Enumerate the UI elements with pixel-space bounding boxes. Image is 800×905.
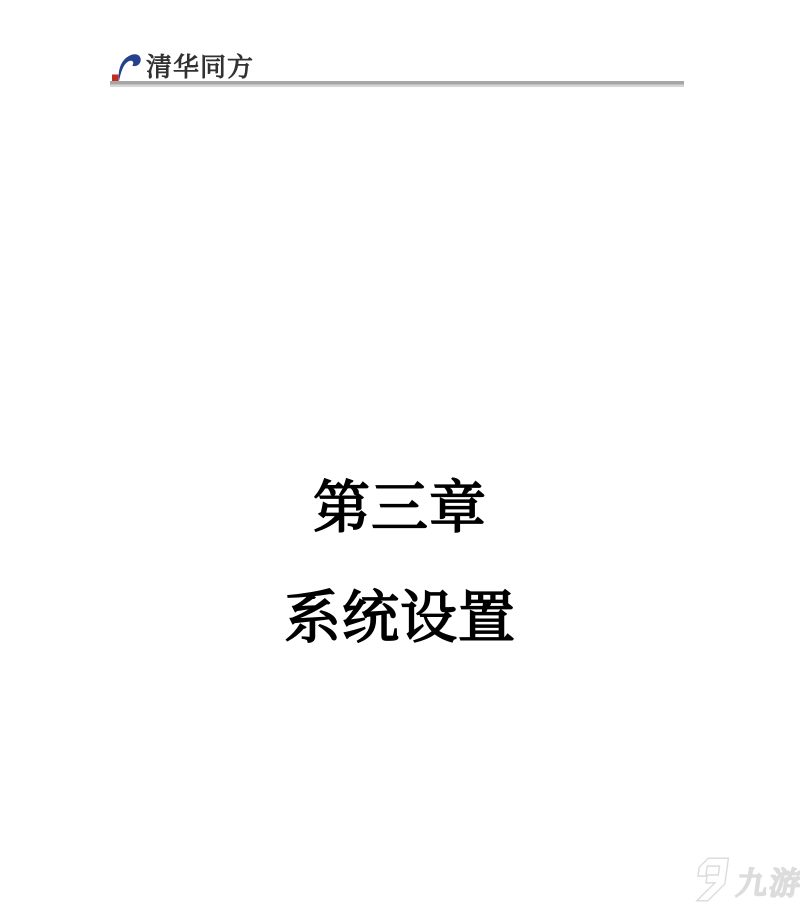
- jiuyou-logo-icon: [691, 857, 735, 902]
- tongfang-swoosh-icon: [112, 52, 142, 82]
- watermark: 九游: [691, 857, 800, 902]
- watermark-text: 九游: [734, 866, 800, 902]
- document-page: 清华同方 第三章 系统设置 九游: [0, 0, 800, 905]
- header-rule: [110, 81, 684, 87]
- chapter-name-title: 系统设置: [0, 589, 800, 646]
- chapter-number-title: 第三章: [0, 479, 800, 536]
- brand-name-text: 清华同方: [146, 54, 254, 82]
- brand-logo: 清华同方: [112, 52, 254, 82]
